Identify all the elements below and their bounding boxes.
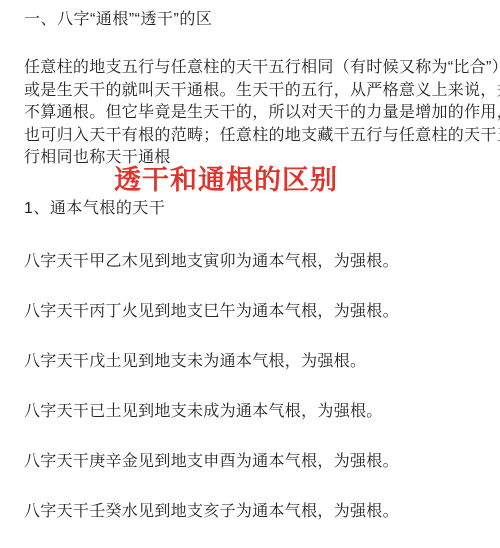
list-item: 八字天干甲乙木见到地支寅卯为通本气根，为强根。 [24, 252, 478, 272]
intro-line: 也可归入天干有根的范畴；任意柱的地支藏干五行与任意柱的天干五 [24, 125, 478, 148]
root-list: 八字天干甲乙木见到地支寅卯为通本气根，为强根。 八字天干丙丁火见到地支巳午为通本… [24, 252, 478, 522]
section-heading: 1、通本气根的天干 [24, 199, 478, 219]
intro-line: 不算通根。但它毕竟是生天干的，所以对天干的力量是增加的作用， [24, 102, 478, 125]
article-heading: 一、八字“通根”“透干”的区 [24, 10, 478, 30]
list-item: 八字天干壬癸水见到地支亥子为通本气根，为强根。 [24, 502, 478, 522]
list-item: 八字天干戊土见到地支未为通本气根，为强根。 [24, 352, 478, 372]
list-item: 八字天干已土见到地支未成为通本气根，为强根。 [24, 402, 478, 422]
list-item: 八字天干庚辛金见到地支申酉为通本气根，为强根。 [24, 452, 478, 472]
article-page: 一、八字“通根”“透干”的区 任意柱的地支五行与任意柱的天干五行相同（有时候又称… [0, 0, 500, 548]
intro-paragraph: 任意柱的地支五行与任意柱的天干五行相同（有时候又称为“比合”） 或是生天干的就叫… [24, 57, 478, 170]
intro-line: 任意柱的地支五行与任意柱的天干五行相同（有时候又称为“比合”） [24, 57, 478, 80]
list-item: 八字天干丙丁火见到地支巳午为通本气根，为强根。 [24, 302, 478, 322]
intro-line: 或是生天干的就叫天干通根。生天干的五行，从严格意义上来说，并 [24, 80, 478, 103]
